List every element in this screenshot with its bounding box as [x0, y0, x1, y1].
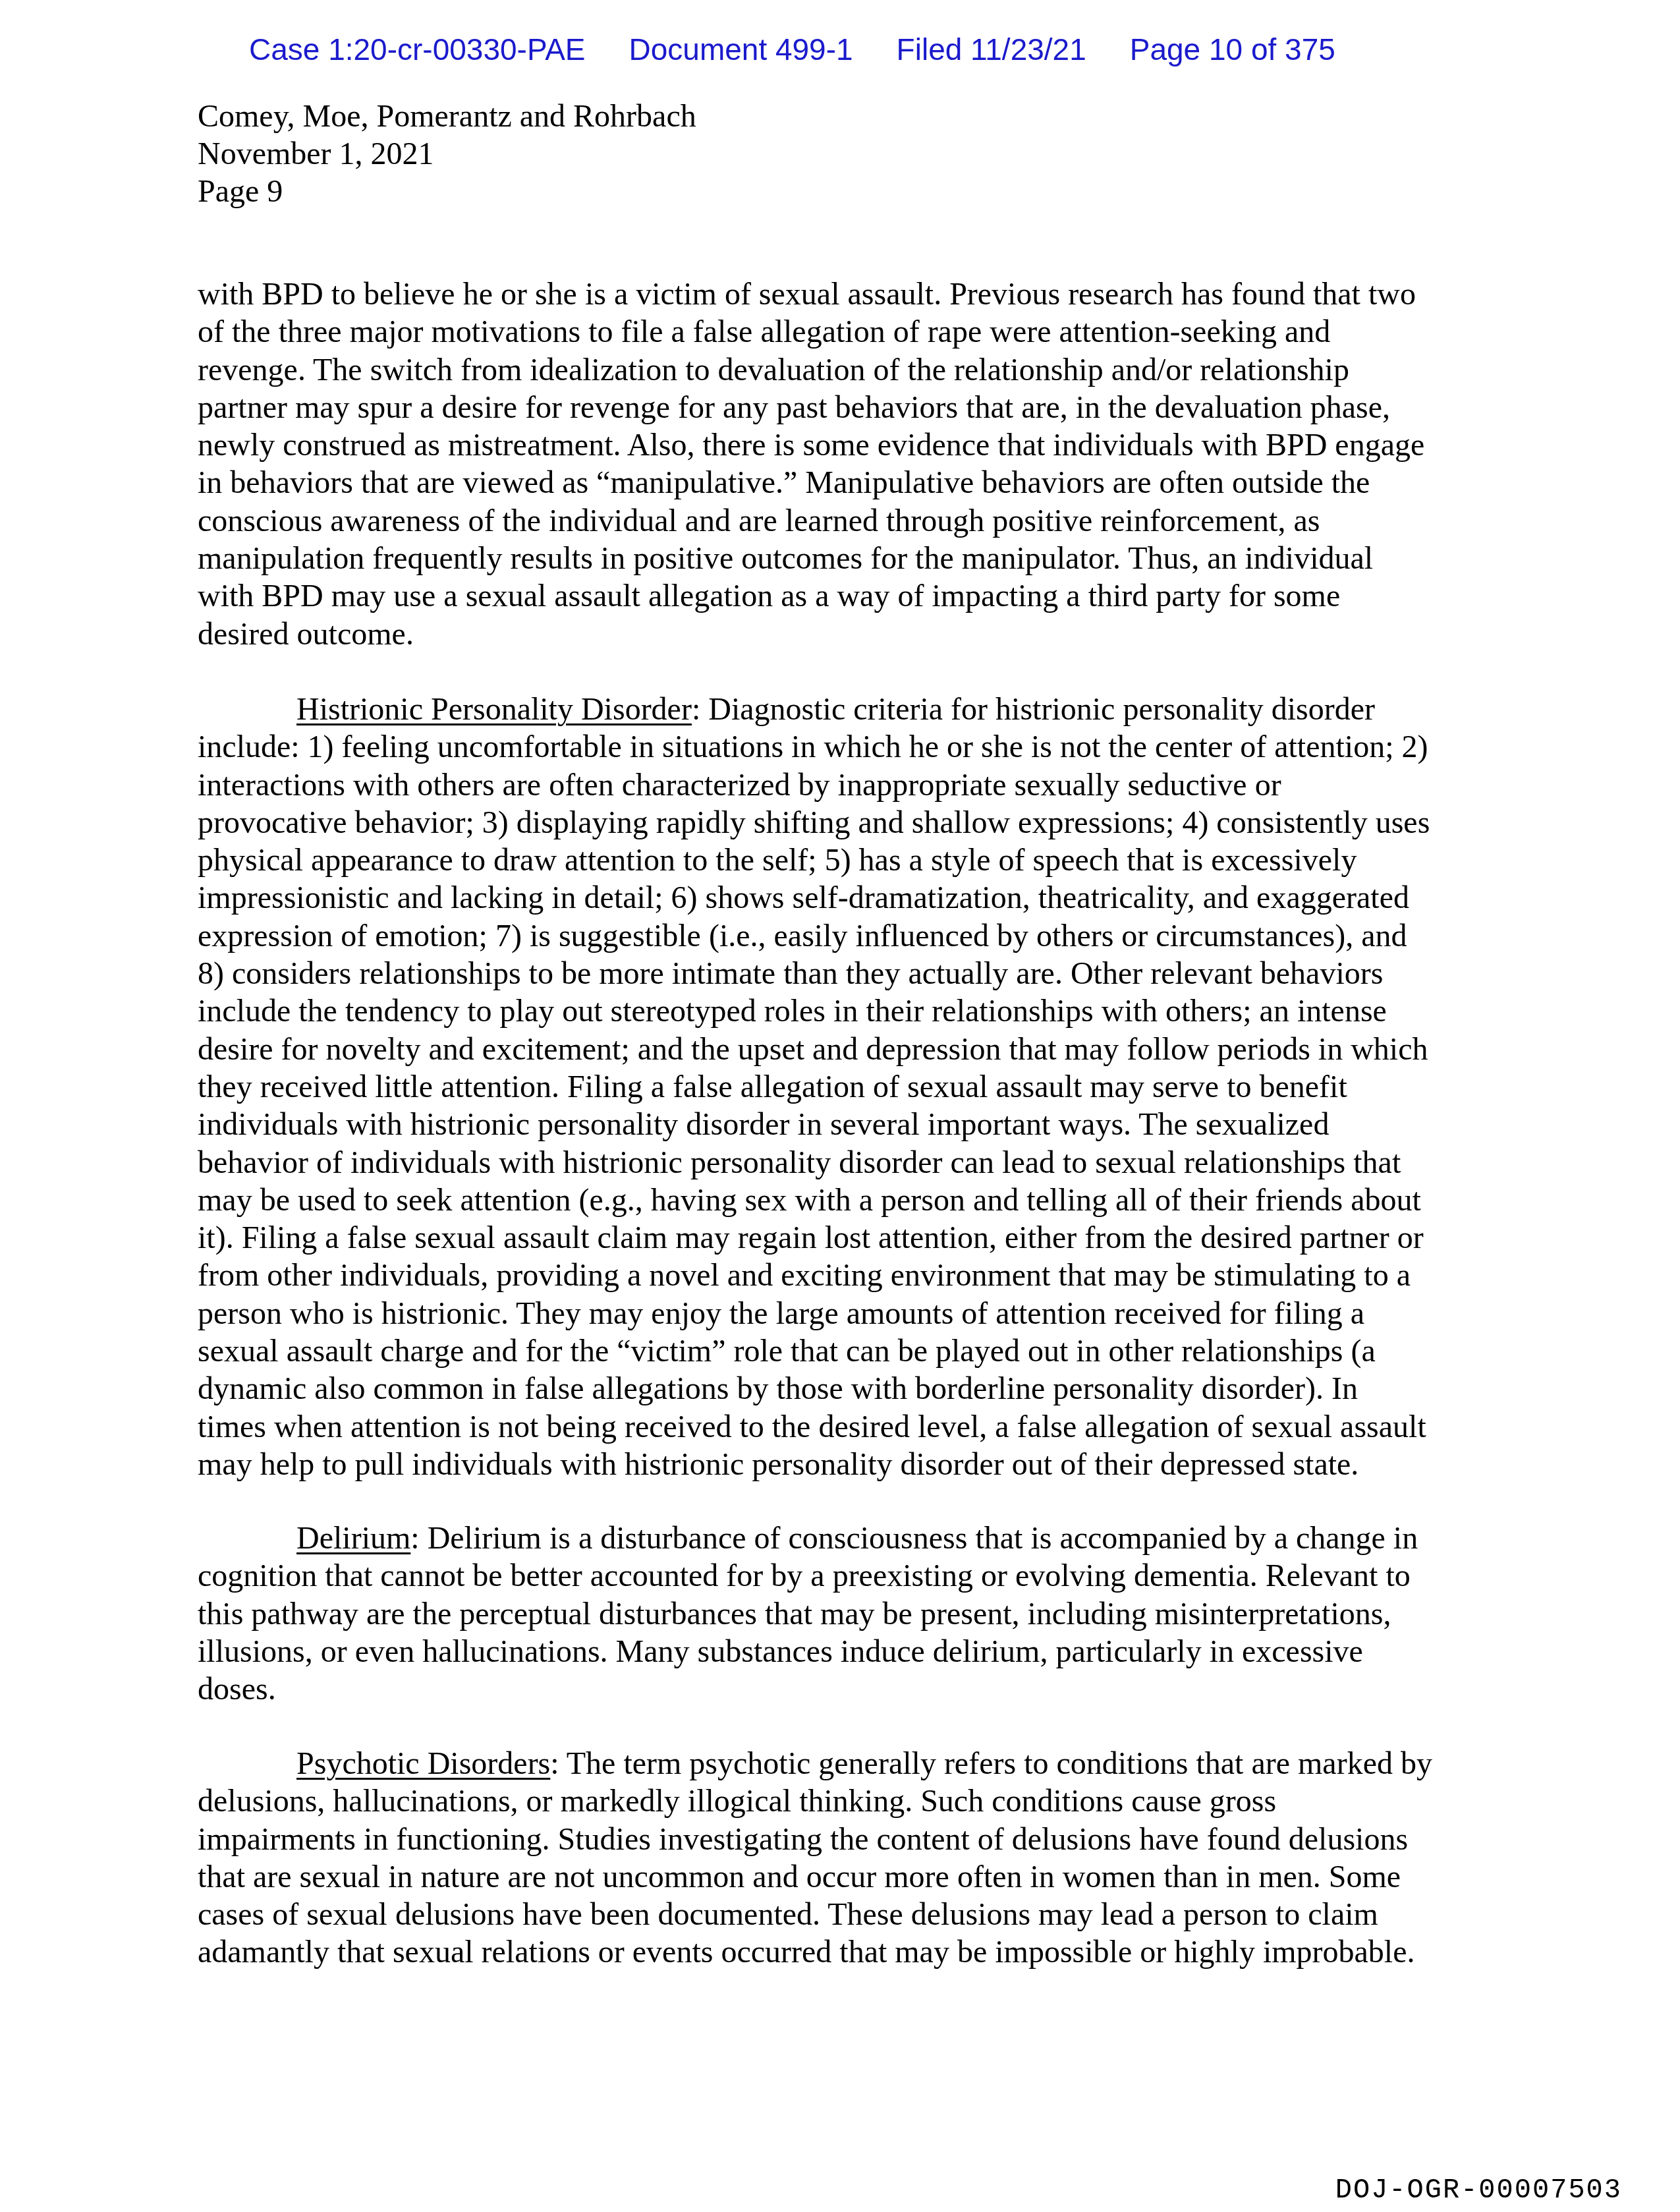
text-line: with BPD may use a sexual assault allega… — [198, 577, 1489, 615]
text-line: that are sexual in nature are not uncomm… — [198, 1858, 1489, 1896]
text-line: interactions with others are often chara… — [198, 766, 1489, 804]
text-line: this pathway are the perceptual disturba… — [198, 1595, 1489, 1633]
text-line: provocative behavior; 3) displaying rapi… — [198, 804, 1489, 841]
text-line: partner may spur a desire for revenge fo… — [198, 389, 1489, 426]
text-line: with BPD to believe he or she is a victi… — [198, 275, 1489, 313]
text-line: desired outcome. — [198, 615, 1489, 653]
text-run: : Delirium is a disturbance of conscious… — [410, 1521, 1418, 1556]
text-line: newly construed as mistreatment. Also, t… — [198, 426, 1489, 464]
text-run: : Diagnostic criteria for histrionic per… — [692, 692, 1375, 727]
text-line: may help to pull individuals with histri… — [198, 1446, 1489, 1483]
filed-date: Filed 11/23/21 — [897, 32, 1086, 67]
section-heading-histrionic: Histrionic Personality Disorder — [296, 692, 692, 727]
text-line: doses. — [198, 1670, 1489, 1708]
text-line: adamantly that sexual relations or event… — [198, 1933, 1489, 1971]
text-line: impressionistic and lacking in detail; 6… — [198, 879, 1489, 917]
case-number: Case 1:20-cr-00330-PAE — [249, 32, 586, 67]
text-line: behavior of individuals with histrionic … — [198, 1144, 1489, 1181]
letter-page-number: Page 9 — [198, 173, 696, 210]
text-line: from other individuals, providing a nove… — [198, 1257, 1489, 1294]
paragraph-psychotic: Psychotic Disorders: The term psychotic … — [198, 1745, 1489, 1971]
text-line: in behaviors that are viewed as “manipul… — [198, 464, 1489, 501]
first-line: Delirium: Delirium is a disturbance of c… — [198, 1519, 1489, 1557]
text-line: physical appearance to draw attention to… — [198, 841, 1489, 879]
letter-header: Comey, Moe, Pomerantz and Rohrbach Novem… — [198, 98, 696, 210]
text-line: individuals with histrionic personality … — [198, 1106, 1489, 1143]
first-line: Psychotic Disorders: The term psychotic … — [198, 1745, 1489, 1782]
text-line: times when attention is not being receiv… — [198, 1408, 1489, 1446]
text-line: include: 1) feeling uncomfortable in sit… — [198, 728, 1489, 766]
text-line: manipulation frequently results in posit… — [198, 540, 1489, 577]
section-heading-psychotic: Psychotic Disorders — [296, 1746, 550, 1781]
text-line: revenge. The switch from idealization to… — [198, 351, 1489, 389]
paragraph-histrionic: Histrionic Personality Disorder: Diagnos… — [198, 691, 1489, 1483]
text-line: conscious awareness of the individual an… — [198, 502, 1489, 540]
text-line: they received little attention. Filing a… — [198, 1068, 1489, 1106]
text-line: cases of sexual delusions have been docu… — [198, 1896, 1489, 1933]
recipients: Comey, Moe, Pomerantz and Rohrbach — [198, 98, 696, 135]
text-line: desire for novelty and excitement; and t… — [198, 1031, 1489, 1068]
paragraph-delirium: Delirium: Delirium is a disturbance of c… — [198, 1519, 1489, 1708]
court-filing-stamp: Case 1:20-cr-00330-PAEDocument 499-1File… — [249, 32, 1335, 67]
text-line: cognition that cannot be better accounte… — [198, 1557, 1489, 1595]
text-line: of the three major motivations to file a… — [198, 313, 1489, 351]
text-line: may be used to seek attention (e.g., hav… — [198, 1181, 1489, 1219]
bates-number: DOJ-OGR-00007503 — [1335, 2174, 1622, 2206]
text-line: dynamic also common in false allegations… — [198, 1370, 1489, 1407]
text-line: 8) considers relationships to be more in… — [198, 955, 1489, 992]
letter-date: November 1, 2021 — [198, 135, 696, 173]
document-number: Document 499-1 — [629, 32, 853, 67]
paragraph-bpd-continuation: with BPD to believe he or she is a victi… — [198, 275, 1489, 653]
text-line: sexual assault charge and for the “victi… — [198, 1332, 1489, 1370]
text-run: : The term psychotic generally refers to… — [550, 1746, 1432, 1781]
text-line: expression of emotion; 7) is suggestible… — [198, 917, 1489, 955]
text-line: impairments in functioning. Studies inve… — [198, 1821, 1489, 1858]
section-heading-delirium: Delirium — [296, 1521, 410, 1556]
text-line: person who is histrionic. They may enjoy… — [198, 1295, 1489, 1332]
text-line: it). Filing a false sexual assault claim… — [198, 1219, 1489, 1257]
first-line: Histrionic Personality Disorder: Diagnos… — [198, 691, 1489, 728]
text-line: delusions, hallucinations, or markedly i… — [198, 1782, 1489, 1820]
text-line: include the tendency to play out stereot… — [198, 992, 1489, 1030]
text-line: illusions, or even hallucinations. Many … — [198, 1633, 1489, 1670]
page-count: Page 10 of 375 — [1130, 32, 1335, 67]
